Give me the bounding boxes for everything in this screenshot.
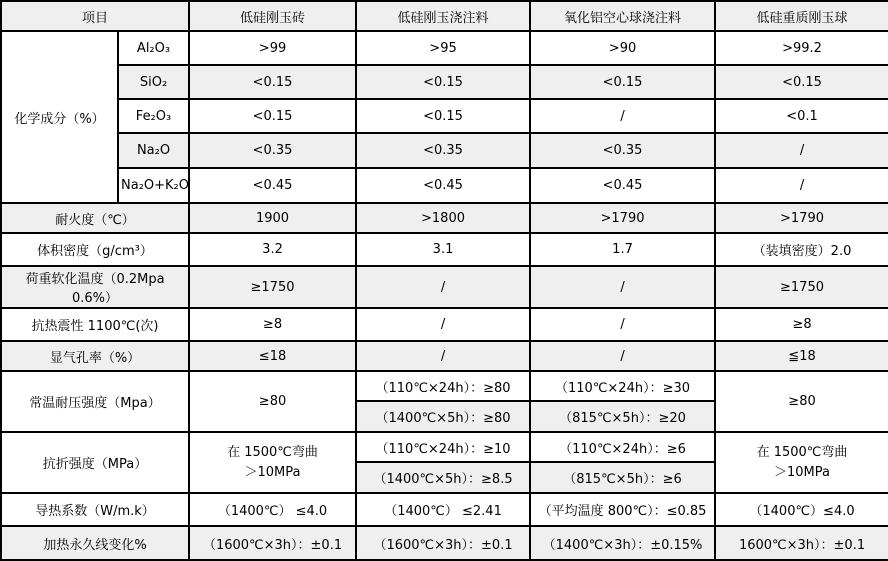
spec-table: 项目 低硅刚玉砖 低硅刚玉浇注料 氧化铝空心球浇注料 低硅重质刚玉球 化学成分（… xyxy=(0,0,888,561)
cold-crushing-v2b: （1400℃×5h）：≥80 xyxy=(356,401,530,432)
flexural-v3a: （110℃×24h）：≥6 xyxy=(530,432,715,462)
porosity-v1: ≤18 xyxy=(189,341,356,371)
chem-sio2-v1: <0.15 xyxy=(189,65,356,99)
flexural-v1: 在 1500℃弯曲 ＞10MPa xyxy=(189,432,356,493)
chem-fe2o3-v4: <0.1 xyxy=(715,99,888,133)
chem-fe2o3-v1: <0.15 xyxy=(189,99,356,133)
table-row: SiO₂ <0.15 <0.15 <0.15 <0.15 xyxy=(1,65,888,99)
bulk-density-label: 体积密度（g/cm³） xyxy=(1,233,189,266)
chem-sio2-v2: <0.15 xyxy=(356,65,530,99)
porosity-label: 显气孔率（%） xyxy=(1,341,189,371)
chem-na2o-k2o-v2: <0.45 xyxy=(356,168,530,203)
cold-crushing-label: 常温耐压强度（Mpa） xyxy=(1,371,189,432)
chem-al2o3-v2: >95 xyxy=(356,31,530,65)
chem-na2o-k2o-v4: / xyxy=(715,168,888,203)
flexural-v1-line2: ＞10MPa xyxy=(192,463,353,483)
cold-crushing-v3a: （110℃×24h）：≥30 xyxy=(530,371,715,401)
thermal-shock-v3: / xyxy=(530,308,715,341)
header-col3: 氧化铝空心球浇注料 xyxy=(530,1,715,31)
softening-v4: ≥1750 xyxy=(715,266,888,308)
table-row: 常温耐压强度（Mpa） ≥80 （110℃×24h）：≥80 （110℃×24h… xyxy=(1,371,888,401)
flexural-v2a: （110℃×24h）：≥10 xyxy=(356,432,530,462)
table-row: Fe₂O₃ <0.15 <0.15 / <0.1 xyxy=(1,99,888,133)
table-row: 耐火度（℃） 1900 >1800 >1790 >1790 xyxy=(1,203,888,233)
header-item: 项目 xyxy=(1,1,189,31)
table-row: 项目 低硅刚玉砖 低硅刚玉浇注料 氧化铝空心球浇注料 低硅重质刚玉球 xyxy=(1,1,888,31)
cold-crushing-v4: ≥80 xyxy=(715,371,888,432)
conductivity-v2: （1400℃） ≤2.41 xyxy=(356,493,530,526)
header-col2: 低硅刚玉浇注料 xyxy=(356,1,530,31)
linear-change-v3: （1400℃×3h）：±0.15% xyxy=(530,526,715,560)
flexural-v4-line2: ＞10MPa xyxy=(718,463,886,483)
flexural-v4: 在 1500℃弯曲 ＞10MPa xyxy=(715,432,888,493)
conductivity-v1: （1400℃） ≤4.0 xyxy=(189,493,356,526)
chem-al2o3-v4: >99.2 xyxy=(715,31,888,65)
linear-change-label: 加热永久线变化% xyxy=(1,526,189,560)
porosity-v2: / xyxy=(356,341,530,371)
chem-na2o-v4: / xyxy=(715,133,888,168)
chem-sio2-v3: <0.15 xyxy=(530,65,715,99)
bulk-density-v3: 1.7 xyxy=(530,233,715,266)
chem-na2o-v3: <0.35 xyxy=(530,133,715,168)
flexural-v1-line1: 在 1500℃弯曲 xyxy=(192,443,353,463)
header-col4: 低硅重质刚玉球 xyxy=(715,1,888,31)
chem-sio2-label: SiO₂ xyxy=(118,65,189,99)
thermal-shock-v4: ≥8 xyxy=(715,308,888,341)
flexural-v4-line1: 在 1500℃弯曲 xyxy=(718,443,886,463)
conductivity-label: 导热系数（W/m.k） xyxy=(1,493,189,526)
refractoriness-v4: >1790 xyxy=(715,203,888,233)
conductivity-v3: （平均温度 800℃）：≤0.85 xyxy=(530,493,715,526)
thermal-shock-label: 抗热震性 1100℃(次) xyxy=(1,308,189,341)
table-row: 化学成分（%） Al₂O₃ >99 >95 >90 >99.2 xyxy=(1,31,888,65)
porosity-v4: ≦18 xyxy=(715,341,888,371)
chem-fe2o3-v2: <0.15 xyxy=(356,99,530,133)
porosity-v3: / xyxy=(530,341,715,371)
flexural-v3b: （815℃×5h）：≥6 xyxy=(530,462,715,493)
thermal-shock-v1: ≥8 xyxy=(189,308,356,341)
chem-na2o-label: Na₂O xyxy=(118,133,189,168)
chem-group-label: 化学成分（%） xyxy=(1,31,118,203)
refractoriness-v1: 1900 xyxy=(189,203,356,233)
linear-change-v1: （1600℃×3h）：±0.1 xyxy=(189,526,356,560)
table-row: 导热系数（W/m.k） （1400℃） ≤4.0 （1400℃） ≤2.41 （… xyxy=(1,493,888,526)
flexural-label: 抗折强度（MPa） xyxy=(1,432,189,493)
chem-na2o-v2: <0.35 xyxy=(356,133,530,168)
bulk-density-v2: 3.1 xyxy=(356,233,530,266)
table-row: 抗热震性 1100℃(次) ≥8 / / ≥8 xyxy=(1,308,888,341)
table-row: 荷重软化温度（0.2Mpa 0.6%） ≥1750 / / ≥1750 xyxy=(1,266,888,308)
linear-change-v2: （1600℃×3h）：±0.1 xyxy=(356,526,530,560)
softening-label: 荷重软化温度（0.2Mpa 0.6%） xyxy=(1,266,189,308)
table-row: 抗折强度（MPa） 在 1500℃弯曲 ＞10MPa （110℃×24h）：≥1… xyxy=(1,432,888,462)
chem-sio2-v4: <0.15 xyxy=(715,65,888,99)
softening-v2: / xyxy=(356,266,530,308)
table-row: Na₂O+K₂O <0.45 <0.45 <0.45 / xyxy=(1,168,888,203)
cold-crushing-v3b: （815℃×5h）：≥20 xyxy=(530,401,715,432)
table-row: Na₂O <0.35 <0.35 <0.35 / xyxy=(1,133,888,168)
linear-change-v4: 1600℃×3h）：±0.1 xyxy=(715,526,888,560)
chem-fe2o3-label: Fe₂O₃ xyxy=(118,99,189,133)
bulk-density-v4: （装填密度）2.0 xyxy=(715,233,888,266)
chem-al2o3-v3: >90 xyxy=(530,31,715,65)
thermal-shock-v2: / xyxy=(356,308,530,341)
refractoriness-v3: >1790 xyxy=(530,203,715,233)
chem-al2o3-v1: >99 xyxy=(189,31,356,65)
refractoriness-label: 耐火度（℃） xyxy=(1,203,189,233)
softening-v3: / xyxy=(530,266,715,308)
header-col1: 低硅刚玉砖 xyxy=(189,1,356,31)
table-row: 显气孔率（%） ≤18 / / ≦18 xyxy=(1,341,888,371)
chem-fe2o3-v3: / xyxy=(530,99,715,133)
table-row: 加热永久线变化% （1600℃×3h）：±0.1 （1600℃×3h）：±0.1… xyxy=(1,526,888,560)
cold-crushing-v1: ≥80 xyxy=(189,371,356,432)
softening-v1: ≥1750 xyxy=(189,266,356,308)
refractoriness-v2: >1800 xyxy=(356,203,530,233)
chem-na2o-k2o-label: Na₂O+K₂O xyxy=(118,168,189,203)
chem-na2o-k2o-v1: <0.45 xyxy=(189,168,356,203)
chem-na2o-v1: <0.35 xyxy=(189,133,356,168)
table-row: 体积密度（g/cm³） 3.2 3.1 1.7 （装填密度）2.0 xyxy=(1,233,888,266)
bulk-density-v1: 3.2 xyxy=(189,233,356,266)
cold-crushing-v2a: （110℃×24h）：≥80 xyxy=(356,371,530,401)
flexural-v2b: （1400℃×5h）：≥8.5 xyxy=(356,462,530,493)
chem-al2o3-label: Al₂O₃ xyxy=(118,31,189,65)
chem-na2o-k2o-v3: <0.45 xyxy=(530,168,715,203)
conductivity-v4: （1400℃）≤4.0 xyxy=(715,493,888,526)
